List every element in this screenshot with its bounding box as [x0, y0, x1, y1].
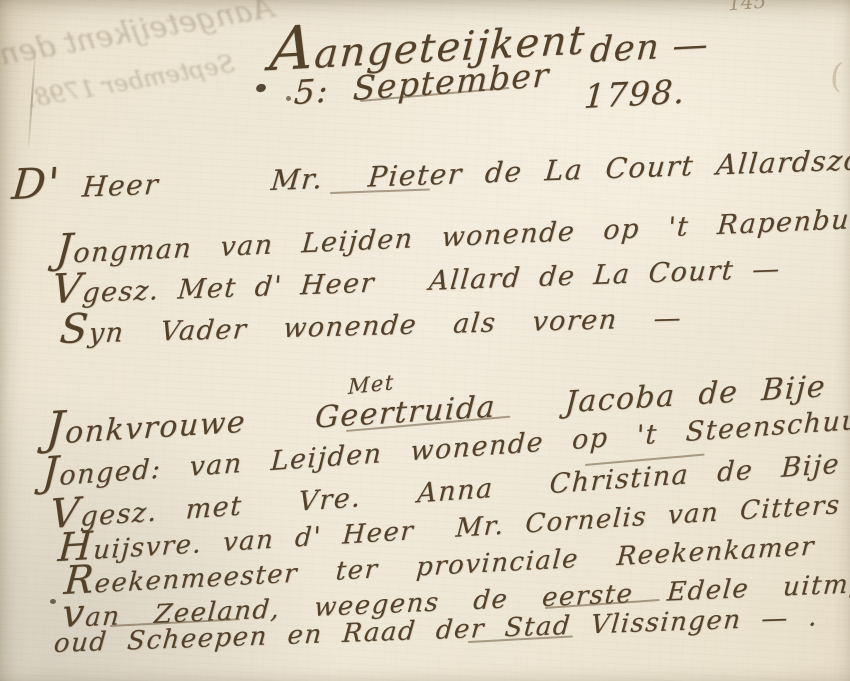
groom-line-name: D' Heer Mr. Pieter de La Court Allardszo…	[10, 138, 850, 204]
ink-blot	[286, 96, 291, 101]
ink-blot	[255, 83, 267, 94]
page-number-fragment: 145	[727, 0, 767, 15]
bleedthrough-line: September 1798.	[25, 49, 237, 113]
ink-blot	[50, 599, 56, 604]
manuscript-page: Aangeteijkent den September 1798. 145 ( …	[0, 0, 850, 681]
header-den-word: den —	[589, 28, 711, 69]
header-year: 1798.	[583, 75, 687, 114]
ink-bleedthrough: Aangeteijkent den September 1798.	[0, 0, 301, 164]
bleedthrough-line: Aangeteijkent den	[0, 0, 276, 73]
paper-crease	[28, 48, 37, 148]
faint-ink-mark: (	[828, 55, 845, 96]
